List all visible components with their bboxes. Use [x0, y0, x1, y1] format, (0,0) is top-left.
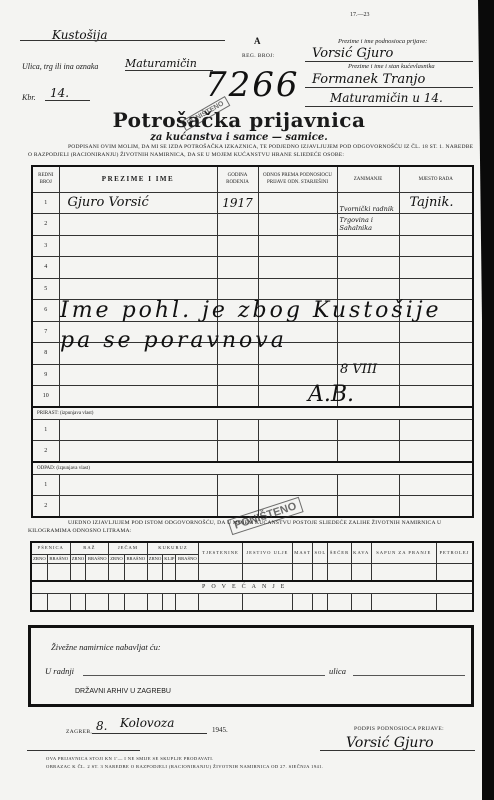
person-workplace [399, 474, 473, 496]
persons-table-header: REDNI BROJ PREZIME I IME GODINA RODENJA … [32, 166, 473, 192]
sub-flour: BRAŠNO [176, 554, 199, 563]
applicant-label: Prezime i ime podnosioca prijave: [338, 38, 427, 45]
cell [313, 593, 328, 611]
form-subtitle: za kućanstva i samce — samice. [0, 132, 478, 143]
archive-stamp: DRŽAVNI ARHIV U ZAGREBU [75, 688, 171, 695]
person-relation [258, 441, 337, 463]
cell [292, 593, 313, 611]
row-number: 3 [32, 235, 59, 257]
supplies-group-header: PŠENICA RAŽ JEČAM KUKURUZ TJESTENINE JES… [31, 542, 473, 554]
person-relation [258, 214, 337, 236]
cell [124, 593, 147, 611]
table-row: 5 [32, 278, 473, 300]
person-occupation [337, 474, 399, 496]
sub-grain: ZRNO [31, 554, 47, 563]
supplies-values-row [31, 563, 473, 581]
person-occupation [337, 343, 399, 365]
person-relation [258, 419, 337, 441]
signature-value: Vorsić Gjuro [346, 735, 434, 751]
person-workplace [399, 214, 473, 236]
cell [351, 563, 371, 581]
person-workplace [399, 235, 473, 257]
supplies-increase-row [31, 593, 473, 611]
supplies-table: PŠENICA RAŽ JEČAM KUKURUZ TJESTENINE JES… [30, 541, 474, 612]
handwritten-note-line2: pa se poravnova [60, 328, 287, 353]
person-relation [258, 257, 337, 279]
person-relation [258, 278, 337, 300]
applicant-value: Vorsić Gjuro [312, 46, 393, 61]
date-day: 8. [96, 719, 107, 733]
street-line-store [353, 675, 465, 676]
cell [86, 593, 109, 611]
cell [371, 563, 436, 581]
cell [176, 563, 199, 581]
person-birth-year [217, 364, 258, 386]
cell [328, 593, 352, 611]
row-number: 2 [32, 441, 59, 463]
cell [109, 593, 125, 611]
applicant-line [305, 61, 473, 62]
group-rye: RAŽ [70, 542, 109, 554]
table-row: 3 [32, 235, 473, 257]
street-label: Ulica, trg ili ina oznaka [22, 62, 98, 71]
person-birth-year [217, 386, 258, 408]
intro-paragraph: PODPISANI OVIM MOLIM, DA MI SE IZDA POTR… [28, 143, 474, 159]
col-sugar: ŠEĆER [328, 542, 352, 563]
person-birth-year [217, 441, 258, 463]
person-name [59, 474, 217, 496]
increase-section-header: POVEĆANJE [31, 581, 473, 593]
district-line [20, 40, 225, 41]
person-name [59, 441, 217, 463]
row-number: 1 [32, 474, 59, 496]
cell [124, 563, 147, 581]
person-occupation [337, 441, 399, 463]
person-occupation [337, 235, 399, 257]
col-soap: SAPUN ZA PRANJE [371, 542, 436, 563]
person-workplace [399, 419, 473, 441]
cell [47, 593, 70, 611]
sub-grain: ZRNO [109, 554, 125, 563]
house-number-value: 14. [50, 86, 69, 100]
cell [109, 563, 125, 581]
cell [31, 563, 47, 581]
person-birth-year [217, 257, 258, 279]
col-ordinal: REDNI BROJ [32, 166, 59, 192]
person-workplace: Tajnik. [399, 192, 473, 214]
person-occupation [337, 419, 399, 441]
cell [163, 563, 176, 581]
group-corn: KUKURUZ [147, 542, 199, 554]
sub-flour: BRAŠNO [47, 554, 70, 563]
row-number: 10 [32, 386, 59, 408]
person-name: Gjuro Vorsić [59, 192, 217, 214]
row-number: 4 [32, 257, 59, 279]
cell [163, 593, 176, 611]
cell [70, 593, 86, 611]
person-relation [258, 235, 337, 257]
price-note: OVA PRIJAVNICA STOJI KN 1'— I NE SMIJE S… [46, 756, 214, 761]
row-number: 5 [32, 278, 59, 300]
person-name [59, 419, 217, 441]
house-number-label: Kbr. [22, 93, 36, 102]
cell [147, 563, 163, 581]
cell [242, 563, 292, 581]
odpad-section-header: ODPAD: (izpunjava vlast) [32, 462, 473, 474]
col-lard: MAST [292, 542, 313, 563]
store-heading: Živežne namirnice nabavljat ću: [51, 642, 161, 652]
cell [436, 563, 473, 581]
form-title: Potrošačka prijavnica [0, 108, 478, 132]
table-row: 4 [32, 257, 473, 279]
person-birth-year [217, 235, 258, 257]
sub-flour: BRAŠNO [124, 554, 147, 563]
handwritten-initials: A.B. [308, 382, 354, 407]
col-occupation: ZANIMANJE [337, 166, 399, 192]
street-value: Maturamičin [125, 57, 197, 70]
col-petroleum: PETROLEJ [436, 542, 473, 563]
col-name: PREZIME I IME [59, 166, 217, 192]
prirast-section-header: PRIRAST: (izpunjava vlast) [32, 407, 473, 419]
table-row: 2 Trgovina i Sahalnika [32, 214, 473, 236]
shop-line [83, 675, 325, 676]
person-occupation: Tvornički radnik [337, 192, 399, 214]
cell [31, 593, 47, 611]
person-workplace [399, 441, 473, 463]
cell [436, 593, 473, 611]
date-month: Kolovoza [120, 716, 174, 730]
person-name [59, 235, 217, 257]
person-occupation [337, 321, 399, 343]
cell [242, 593, 292, 611]
row-number: 9 [32, 364, 59, 386]
cell [70, 563, 86, 581]
street-label-store: ulica [329, 666, 346, 676]
person-workplace [399, 496, 473, 518]
person-workplace [399, 321, 473, 343]
street-line [125, 70, 213, 71]
form-letter: A [254, 36, 261, 46]
shop-label: U radnji [45, 666, 74, 676]
person-name [59, 364, 217, 386]
owner-name-line [305, 87, 473, 88]
person-relation [258, 192, 337, 214]
sub-grain: ZRNO [70, 554, 86, 563]
person-workplace [399, 364, 473, 386]
regulation-note: OBRAZAC K ČL. 2 ST. 3 NAREDBE O RAZPODJE… [46, 764, 323, 769]
col-coffee: KAVA [351, 542, 371, 563]
group-barley: JEČAM [109, 542, 148, 554]
cell [176, 593, 199, 611]
cell [199, 563, 243, 581]
prirast-label: PRIRAST: (izpunjava vlast) [32, 407, 473, 419]
person-name [59, 257, 217, 279]
person-name [59, 214, 217, 236]
odpad-label: ODPAD: (izpunjava vlast) [32, 462, 473, 474]
row-number: 8 [32, 343, 59, 365]
person-name [59, 278, 217, 300]
footer-divider [27, 750, 140, 751]
ration-application-form: Kustošija A REG. BROJ: Ulica, trg ili in… [0, 0, 482, 800]
house-number-line [45, 100, 90, 101]
handwritten-note-line1: Ime pohl. je zbog Kustošije [60, 298, 442, 323]
cell [147, 593, 163, 611]
person-occupation [337, 496, 399, 518]
cell [351, 593, 371, 611]
supplies-intro: UJEDNO IZJAVLJUJEM POD ISTOM ODGOVORNOŠĆ… [28, 519, 474, 535]
cell [328, 563, 352, 581]
cell [371, 593, 436, 611]
sub-grain: ZRNO [147, 554, 163, 563]
date-line [92, 733, 207, 734]
col-workplace: MJESTO RADA [399, 166, 473, 192]
row-number: 1 [32, 192, 59, 214]
row-number: 7 [32, 321, 59, 343]
person-workplace [399, 386, 473, 408]
cell [199, 593, 243, 611]
person-workplace [399, 343, 473, 365]
row-number: 2 [32, 496, 59, 518]
increase-label: POVEĆANJE [31, 581, 473, 593]
person-occupation [337, 257, 399, 279]
place-label: ZAGREB, [66, 729, 92, 735]
person-workplace [399, 278, 473, 300]
person-name [59, 496, 217, 518]
owner-name-value: Formanek Tranjo [312, 72, 425, 87]
col-oil: JESTIVO ULJE [242, 542, 292, 563]
cell [47, 563, 70, 581]
person-relation [258, 474, 337, 496]
person-workplace [399, 257, 473, 279]
person-birth-year [217, 214, 258, 236]
person-birth-year [217, 419, 258, 441]
table-row: 1 Gjuro Vorsić 1917 Tvornički radnik Taj… [32, 192, 473, 214]
owner-address-line [305, 106, 473, 107]
owner-label: Prezime i ime i stan kućevlasnika [348, 63, 435, 70]
sub-cob: KLIP [163, 554, 176, 563]
cell [292, 563, 313, 581]
signature-line [320, 750, 475, 751]
table-row: 1 [32, 474, 473, 496]
table-row: 2 [32, 441, 473, 463]
col-salt: SOL [313, 542, 328, 563]
store-selection-box: Živežne namirnice nabavljat ću: U radnji… [28, 625, 474, 707]
reg-broj-label: REG. BROJ: [242, 53, 275, 59]
row-number: 1 [32, 419, 59, 441]
person-birth-year [217, 474, 258, 496]
table-row: 1 [32, 419, 473, 441]
col-relation: ODNOS PREMA PODNOSIOCU PRIJAVE ODN. STAR… [258, 166, 337, 192]
person-birth-year [217, 278, 258, 300]
person-birth-year: 1917 [217, 192, 258, 214]
row-number: 6 [32, 300, 59, 322]
col-pasta: TJESTENINE [199, 542, 243, 563]
table-row: 10 [32, 386, 473, 408]
top-mark: 17.—23 [350, 12, 370, 18]
table-row: 9 [32, 364, 473, 386]
cell [313, 563, 328, 581]
group-wheat: PŠENICA [31, 542, 70, 554]
date-year: 1945. [212, 726, 228, 734]
sub-flour: BRAŠNO [86, 554, 109, 563]
row-number: 2 [32, 214, 59, 236]
person-occupation [337, 278, 399, 300]
owner-address-value: Maturamičin u 14. [330, 91, 443, 105]
handwritten-date-mark: 8 VIII [340, 362, 377, 377]
person-occupation: Trgovina i Sahalnika [337, 214, 399, 236]
cell [86, 563, 109, 581]
col-birth-year: GODINA RODENJA [217, 166, 258, 192]
signature-label: PODPIS PODNOSIOCA PRIJAVE: [354, 726, 444, 732]
person-name [59, 386, 217, 408]
